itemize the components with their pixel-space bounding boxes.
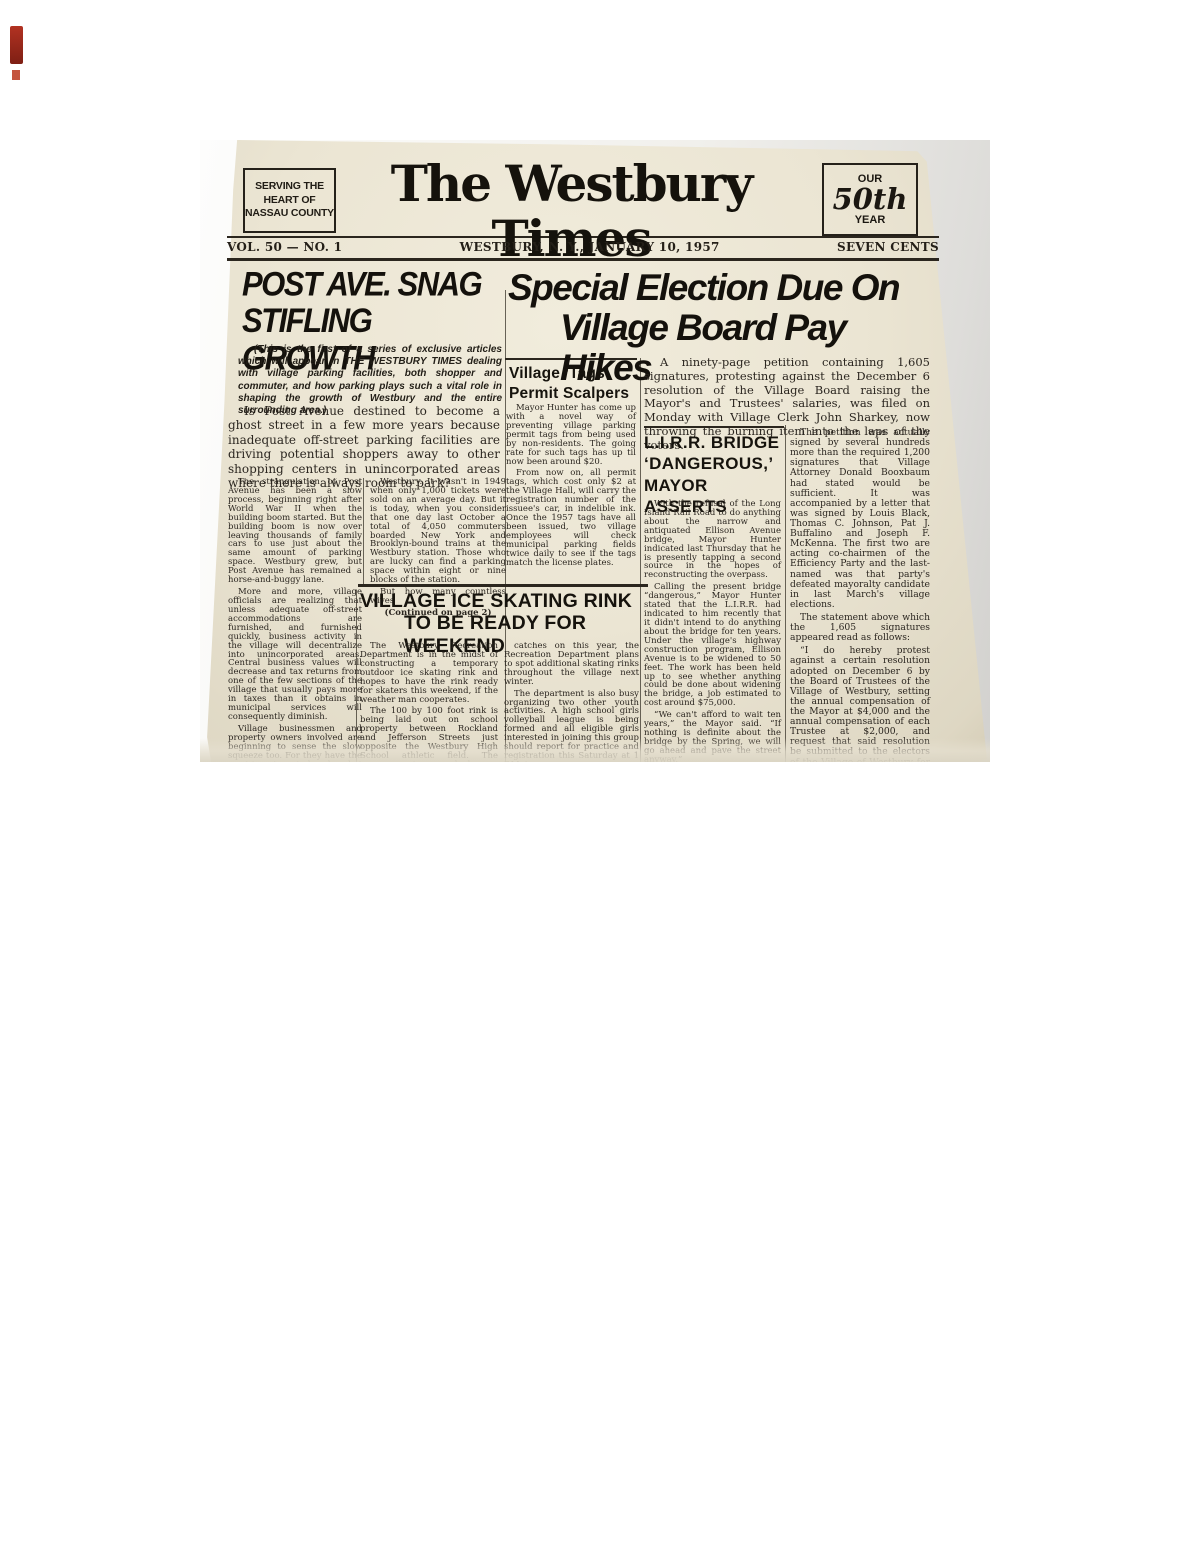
lirr-headline-line2: ‘DANGEROUS,’ [644,454,773,473]
ice-rink-headline-line1: VILLAGE ICE SKATING RINK [360,590,632,612]
anniversary-year: YEAR [855,214,886,226]
serving-box-line: NASSAU COUNTY [245,207,334,221]
newspaper-photo: SERVING THE HEART OF NASSAU COUNTY The W… [200,140,990,762]
paragraph: The Westbury Recreation Department is in… [360,642,498,704]
lirr-bridge-column: With the refusal of the Long Island Rail… [644,500,781,762]
paragraph: The strangulation of Post Avenue has bee… [228,478,362,585]
serving-box-line: SERVING THE [245,180,334,194]
dateline: VOL. 50 — NO. 1 WESTBURY, N. Y., JANUARY… [227,240,939,254]
paragraph: The statement above which the 1,605 sign… [790,613,930,643]
post-ave-column-1: The strangulation of Post Avenue has bee… [228,478,362,762]
serving-box-line: HEART OF [245,194,334,208]
dateline-center: WESTBURY, N. Y., JANUARY 10, 1957 [460,240,720,254]
paragraph: The petition was actually signed by seve… [790,428,930,610]
special-election-column: The petition was actually signed by seve… [790,428,930,762]
village-tags-headline-line1: Village ‘Tags’ [509,365,609,382]
scan-artifact [12,70,20,80]
paragraph: catches on this year, the Recreation Dep… [504,642,639,687]
paragraph: Westbury. It wasn't in 1949 when only 1,… [370,478,506,585]
paragraph: From now on, all permit tags, which cost… [506,469,636,567]
anniversary-box: OUR 50th YEAR [822,163,918,236]
anniversary-50th: 50th [833,185,908,214]
scan-artifact [10,26,23,64]
post-ave-headline-line1: POST AVE. SNAG [242,265,481,304]
paragraph: Mayor Hunter has come up with a novel wa… [506,404,636,466]
special-election-headline-line1: Special Election Due On [508,267,899,308]
serving-box: SERVING THE HEART OF NASSAU COUNTY [243,168,336,233]
volume-number: VOL. 50 — NO. 1 [227,240,342,254]
photo-bottom-fade [200,738,990,762]
village-tags-headline-line2: Permit Scalpers [509,385,629,402]
village-tags-headline: Village ‘Tags’ Permit Scalpers [509,364,637,404]
column-rule [640,358,641,762]
column-paragraphs: Westbury. It wasn't in 1949 when only 1,… [370,478,506,606]
price: SEVEN CENTS [837,240,939,254]
village-tags-column: Mayor Hunter has come up with a novel wa… [506,404,636,571]
paragraph: Calling the present bridge “dangerous,” … [644,583,781,708]
paragraph: With the refusal of the Long Island Rail… [644,500,781,580]
column-rule [363,478,364,586]
lirr-headline-line1: L.I.R.R. BRIDGE [644,433,779,452]
paragraph: More and more, village officials are rea… [228,588,362,722]
